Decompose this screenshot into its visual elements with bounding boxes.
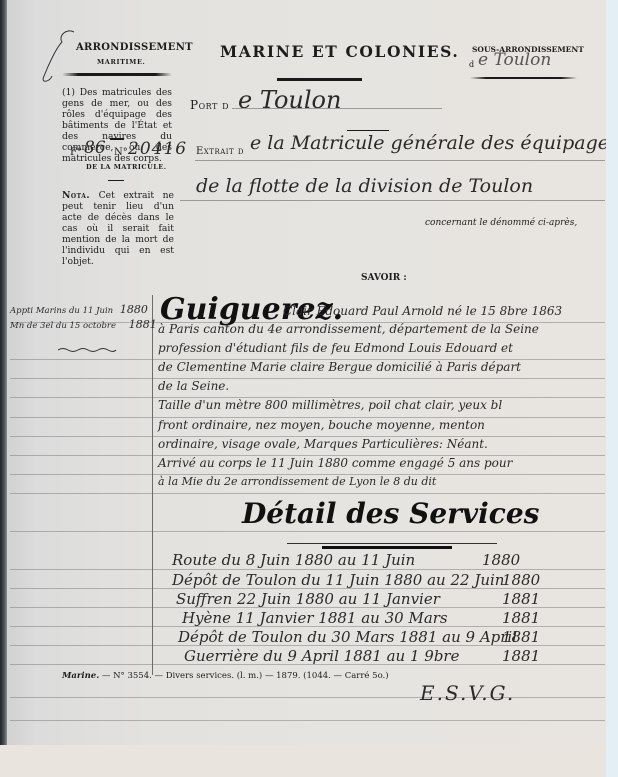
nota-block: Nota. Cet extrait ne peut tenir lieu d'u… (62, 190, 174, 267)
right-ornament-rule (470, 77, 577, 79)
person-line-1: Clair Edouard Paul Arnold né le 15 8bre … (283, 304, 562, 318)
short-rule (110, 138, 124, 140)
margin-column-line (152, 295, 153, 675)
person-line-5: de la Seine. (158, 379, 229, 393)
header-ornament-rule (62, 73, 172, 76)
extract-underline-1 (195, 160, 605, 161)
matricule-caption: DE LA MATRICULE. (86, 163, 167, 171)
short-rule-2 (108, 180, 124, 181)
folio-value: 86 (84, 138, 106, 158)
ruled-line (10, 720, 605, 721)
port-value: e Toulon (238, 86, 341, 114)
services-rule-top (287, 543, 497, 544)
service-text: Dépôt de Toulon du 30 Mars 1881 au 9 Apr… (178, 628, 517, 646)
sous-arrondissement-value: e Toulon (478, 50, 551, 70)
service-text: Hyène 11 Janvier 1881 au 30 Mars (182, 609, 448, 627)
service-entry: Dépôt de Toulon du 30 Mars 1881 au 9 Apr… (178, 628, 517, 646)
service-year: 1880 (482, 551, 520, 569)
title-rule (277, 78, 362, 81)
squiggle-mark-icon (58, 347, 118, 353)
service-entry: Dépôt de Toulon du 11 Juin 1880 au 22 Ju… (172, 571, 504, 589)
ruled-line (10, 569, 605, 570)
ruled-line (10, 378, 605, 379)
service-year: 1880 (502, 571, 540, 589)
ruled-line (10, 531, 605, 532)
ruled-line (10, 697, 605, 698)
person-line-9: Arrivé au corps le 11 Juin 1880 comme en… (158, 456, 512, 470)
binding-edge (0, 0, 7, 777)
imprint-text: — N° 3554. — Divers services. (l. m.) — … (102, 671, 389, 681)
concerning-text: concernant le dénommé ci-après, (425, 218, 577, 228)
extract-line-2: de la flotte de la division de Toulon (196, 175, 533, 197)
imprint-marine: Marine. (62, 671, 99, 681)
service-entry: Route du 8 Juin 1880 au 11 Juin 1880 (172, 551, 415, 569)
folio-label: F° (70, 147, 82, 158)
service-text: Route du 8 Juin 1880 au 11 Juin (172, 551, 415, 569)
person-line-2: à Paris canton du 4e arrondissement, dép… (158, 322, 539, 336)
margin-note-1: Appti Marins du 11 Juin 1880 (10, 303, 148, 316)
margin-note-text: Appti Marins du 11 Juin (10, 306, 113, 316)
margin-note-year: 1881 (129, 318, 157, 331)
matricule-number: 20416 (128, 139, 187, 159)
service-year: 1881 (502, 609, 540, 627)
service-year: 1881 (502, 590, 540, 608)
number-label: N° (114, 147, 128, 158)
ruled-line (10, 493, 605, 494)
port-underline (232, 108, 442, 109)
service-entry: Suffren 22 Juin 1880 au 11 Janvier 1881 (176, 590, 440, 608)
margin-note-2: Mn de 3el du 15 octobre 1881 (10, 318, 157, 331)
person-line-4: de Clementine Marie claire Bergue domici… (158, 360, 521, 374)
person-line-3: profession d'étudiant fils de feu Edmond… (158, 341, 513, 355)
service-year: 1881 (502, 628, 540, 646)
savoir-heading: SAVOIR : (361, 273, 407, 283)
printer-imprint: Marine. — N° 3554. — Divers services. (l… (62, 671, 389, 681)
document-page: ARRONDISSEMENT MARITIME. (1) Des matricu… (0, 0, 606, 777)
flourish-ornament-icon (36, 26, 86, 86)
nota-text: Cet extrait ne peut tenir lieu d'un acte… (62, 190, 174, 267)
port-label: Port d (190, 98, 229, 112)
person-line-6: Taille d'un mètre 800 millimètres, poil … (158, 398, 502, 412)
service-text: Guerrière du 9 April 1881 au 1 9bre (184, 647, 459, 665)
service-entry: Hyène 11 Janvier 1881 au 30 Mars 1881 (182, 609, 448, 627)
signature-initials: E.S.V.G. (420, 681, 515, 705)
person-line-7: front ordinaire, nez moyen, bouche moyen… (158, 418, 485, 432)
document-title: MARINE ET COLONIES. (220, 42, 459, 61)
service-text: Dépôt de Toulon du 11 Juin 1880 au 22 Ju… (172, 571, 504, 589)
service-year: 1881 (502, 647, 540, 665)
nota-label: Nota. (62, 190, 90, 201)
extract-line-1: e la Matricule générale des équipages (250, 132, 606, 154)
arrondissement-title: ARRONDISSEMENT (76, 42, 193, 53)
services-heading: Détail des Services (242, 497, 539, 530)
extract-label: Extrait d (196, 146, 244, 157)
person-line-10: à la Mie du 2e arrondissement de Lyon le… (158, 475, 436, 488)
person-line-8: ordinaire, visage ovale, Marques Particu… (158, 437, 488, 451)
sous-arrondissement-prefix: d (469, 60, 474, 69)
services-rule-thick (322, 546, 452, 549)
margin-note-text: Mn de 3el du 15 octobre (10, 321, 116, 331)
service-entry: Guerrière du 9 April 1881 au 1 9bre 1881 (184, 647, 459, 665)
arrondissement-subtitle: MARITIME. (97, 58, 145, 66)
service-text: Suffren 22 Juin 1880 au 11 Janvier (176, 590, 440, 608)
margin-note-year: 1880 (120, 303, 148, 316)
extract-underline-2 (180, 200, 605, 201)
extract-top-rule (347, 130, 389, 131)
